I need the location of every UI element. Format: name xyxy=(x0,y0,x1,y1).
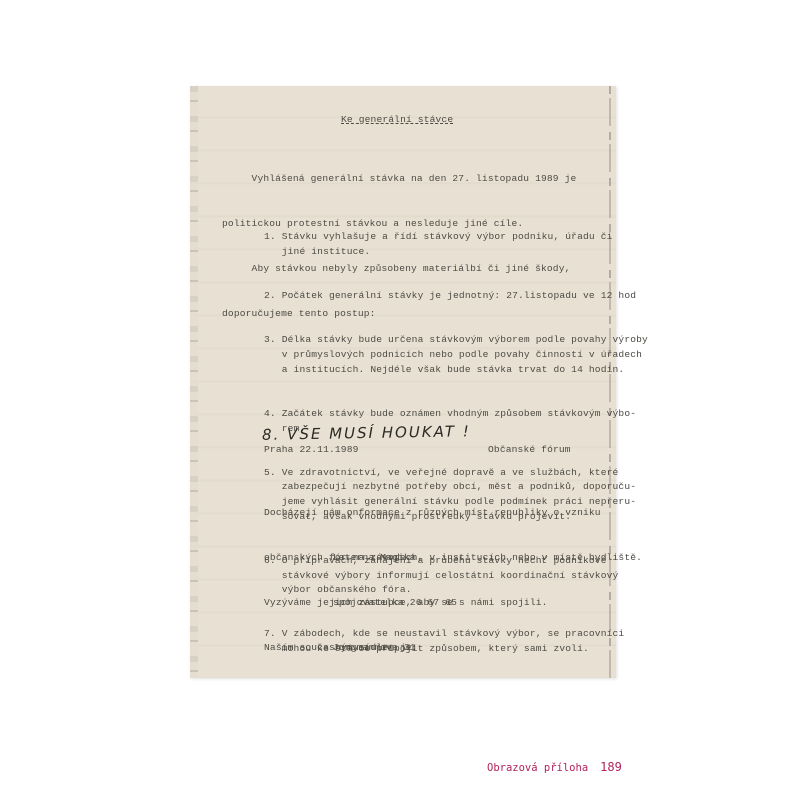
document-title: Ke generální stávce xyxy=(341,112,453,127)
address-block: Laterna Magika spojovatelka 26 67 65 Jun… xyxy=(333,520,457,670)
page-footer: Obrazová příloha189 xyxy=(487,760,622,774)
handwritten-note: 8. VŠE MUSÍ HOUKAT ! xyxy=(262,422,471,444)
address-line: Jungmannova 31 xyxy=(333,640,457,655)
intro-line: Vyhlášená generální stávka na den 27. li… xyxy=(222,171,576,186)
section-label: Obrazová příloha xyxy=(487,762,588,774)
list-item: 1. Stávku vyhlašuje a řídí stávkový výbo… xyxy=(264,230,648,259)
place-date: Praha 22.11.1989 xyxy=(264,442,359,457)
page-number: 189 xyxy=(600,760,622,774)
address-line: spojovatelka 26 67 65 xyxy=(333,595,457,610)
address-line: Laterna Magika xyxy=(333,550,457,565)
list-item: 2. Počátek generální stávky je jednotný:… xyxy=(264,289,648,304)
signature: Občanské fórum xyxy=(488,442,571,457)
closing-line: Docházejí nám onformace z různých míst r… xyxy=(264,505,642,520)
list-item: 3. Délka stávky bude určena stávkovým vý… xyxy=(264,333,648,377)
